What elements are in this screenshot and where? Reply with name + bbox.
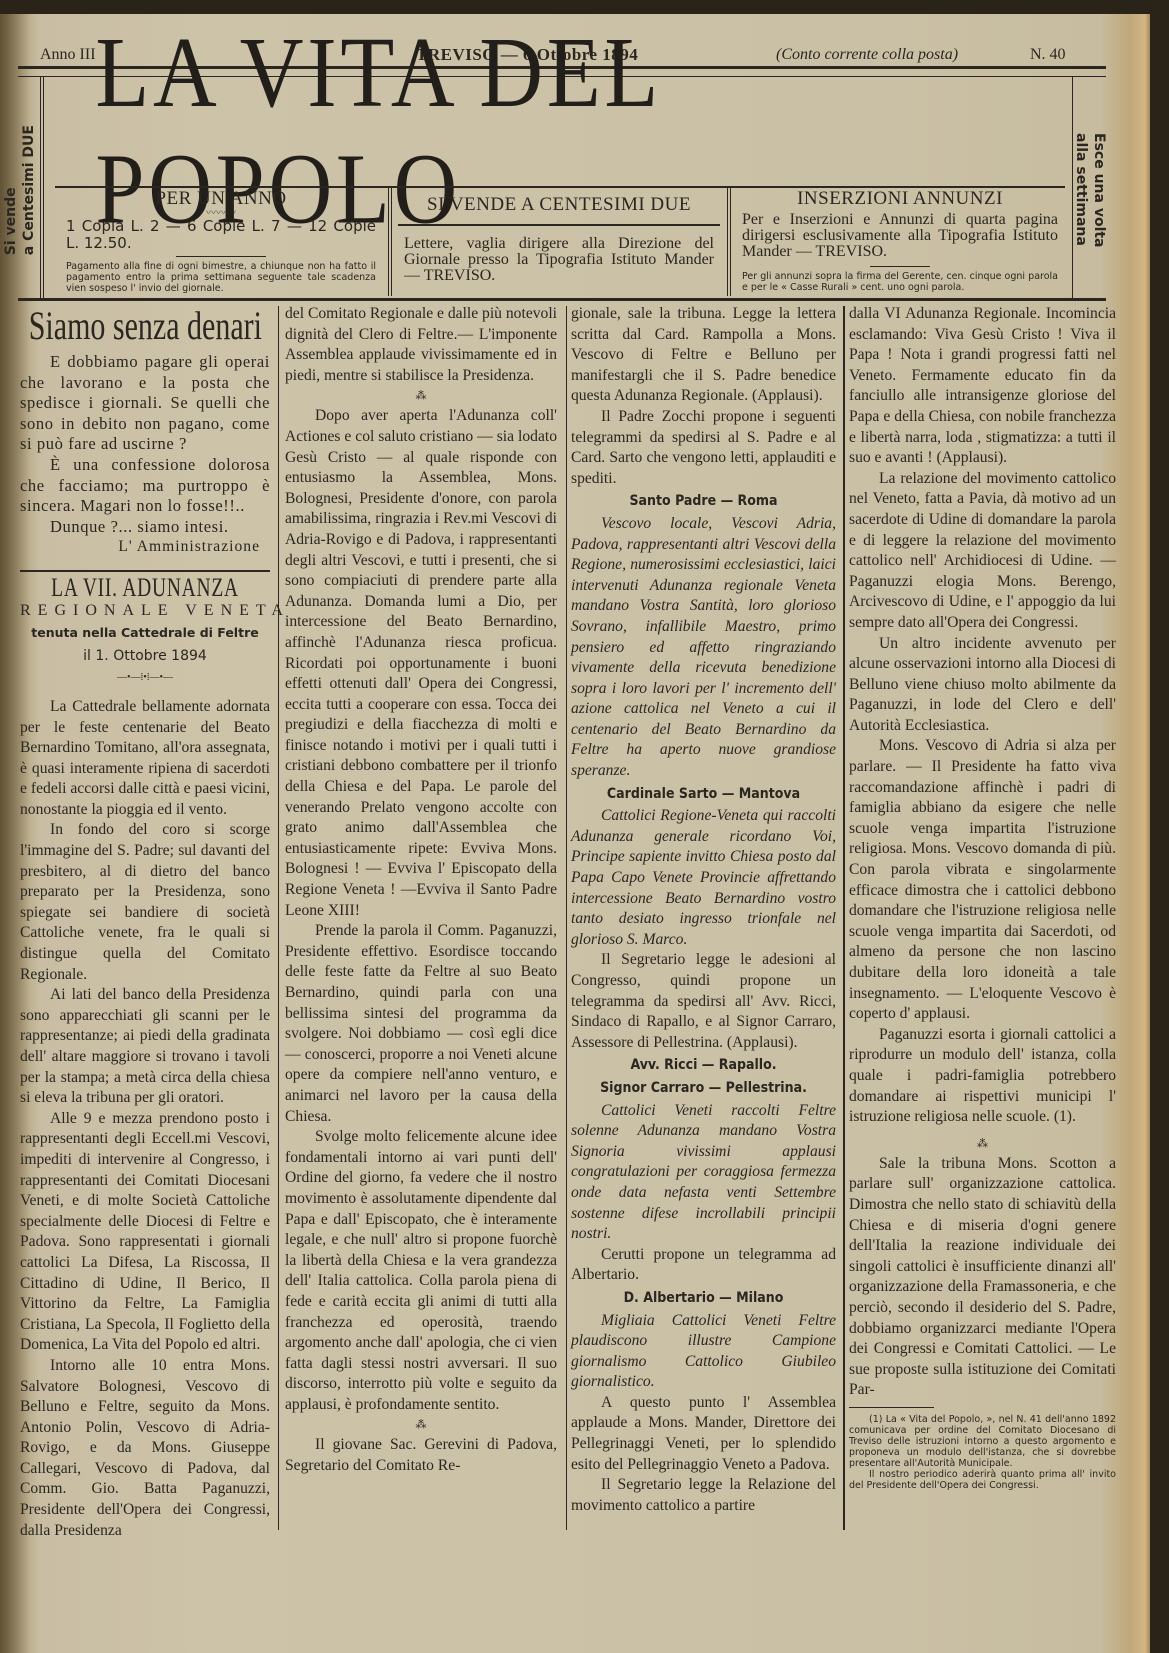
side-right-line1: Esce una volta [1091,133,1107,248]
ads-note: Per gli annunzi sopra la firma del Geren… [734,271,1066,293]
adunanza-location: tenuta nella Cattedrale di Feltre [20,623,270,644]
adunanza-paragraph: Svolge molto felicemente alcune idee fon… [285,1127,557,1415]
side-left-line2: a Centesimi DUE [21,125,37,255]
telegram-heading: Avv. Ricci — Rapallo. [571,1055,836,1076]
column-rule-2 [566,306,567,1530]
adunanza-paragraph: Prende la parola il Comm. Paganuzzi, Pre… [285,921,557,1127]
subscription-note: Pagamento alla fine di ogni bimestre, a … [58,261,384,294]
masthead: LA VITA DEL POPOLO [55,80,1065,180]
subscription-title: PER UN ANNO [58,188,384,210]
ads-title: INSERZIONI ANNUNZI [734,188,1066,210]
adunanza-paragraph: Ai lati del banco della Presidenza sono … [20,985,270,1109]
telegram-text: Migliaia Cattolici Veneti Feltre plaudis… [571,1311,836,1393]
adunanza-paragraph: In fondo del coro si scorge l'immagine d… [20,820,270,985]
ornament: —•—⁞•⁞—•— [20,668,270,689]
column-rule-1 [278,306,279,1530]
column-4: dalla VI Adunanza Regionale. Incomincia … [849,304,1116,1491]
adunanza-paragraph: La relazione del movimento cattolico nel… [849,469,1116,634]
ads-text: Per e Inserzioni e Annunzi di quarta pag… [734,210,1066,260]
box-divider-2 [727,188,728,296]
side-right-rule [1072,76,1073,298]
box-divider-1b [391,188,392,296]
adunanza-paragraph: dalla VI Adunanza Regionale. Incomincia … [849,304,1116,469]
column-1: Siamo senza denari E dobbiamo pagare gli… [20,304,270,1541]
side-left-rule2 [43,76,44,298]
section-mark: ⁂ [285,1419,557,1431]
telegram-heading: Santo Padre — Roma [571,491,836,512]
adunanza-paragraph: Il Segretario legge la Relazione del mov… [571,1475,836,1516]
adunanza-paragraph: Sale la tribuna Mons. Scotton a parlare … [849,1154,1116,1401]
money-signature: L' Amministrazione [20,537,270,558]
adunanza-paragraph: gionale, sale la tribuna. Legge la lette… [571,304,836,407]
adunanza-paragraph: Dopo aver aperta l'Adunanza coll' Action… [285,406,557,921]
footnote-2: Il nostro periodico aderirà quanto prima… [849,1469,1116,1491]
side-note-left: Si vendea Centesimi DUE [0,90,40,290]
ads-box: INSERZIONI ANNUNZI Per e Inserzioni e An… [734,188,1066,298]
money-paragraph: Dunque ?... siamo intesi. [20,517,270,538]
adunanza-paragraph: del Comitato Regionale e dalle più notev… [285,304,557,386]
adunanza-paragraph: Un altro incidente avvenuto per alcune o… [849,634,1116,737]
telegram-heading: D. Albertario — Milano [571,1288,836,1309]
boxes-bottom-rule [18,298,1106,301]
price-title: SI VENDE A CENTESIMI DUE [394,194,724,216]
adunanza-paragraph: A questo punto l' Assemblea applaude a M… [571,1393,836,1475]
telegram-heading: Signor Carraro — Pellestrina. [571,1078,836,1099]
side-left-line1: Si vende [3,187,19,255]
price-rule [398,224,720,226]
column-3: gionale, sale la tribuna. Legge la lette… [571,304,836,1516]
adunanza-title: LA VII. ADUNANZA [36,578,254,599]
box-divider-2b [730,188,731,296]
adunanza-paragraph: Paganuzzi esorta i giornali cattolici a … [849,1025,1116,1128]
subscription-prices: 1 Copia L. 2 — 6 Copie L. 7 — 12 Copie L… [58,218,384,252]
side-right-line2: alla settimana [1073,133,1089,246]
money-paragraph: È una confessione dolorosa che facciamo;… [20,455,270,517]
volume-label: Anno III [40,46,96,64]
money-paragraph: E dobbiamo pagare gli operai che lavoran… [20,352,270,455]
price-box: SI VENDE A CENTESIMI DUE Lettere, vaglia… [394,188,724,298]
telegram-heading: Cardinale Sarto — Mantova [571,784,836,805]
box-divider-1 [388,188,389,296]
adunanza-paragraph: Alle 9 e mezza prendono posto i rapprese… [20,1109,270,1356]
adunanza-paragraph: Il giovane Sac. Gerevini di Padova, Segr… [285,1435,557,1476]
telegram-text: Cattolici Regione-Veneta qui raccolti Ad… [571,806,836,950]
adunanza-paragraph: Il Padre Zocchi propone i seguenti teleg… [571,407,836,489]
subscription-box: PER UN ANNO 〰〰〰 1 Copia L. 2 — 6 Copie L… [58,188,384,298]
adunanza-subtitle: REGIONALE VENETA [20,601,270,622]
footnote: (1) La « Vita del Popolo, », nel N. 41 d… [849,1414,1116,1491]
adunanza-paragraph: Mons. Vescovo di Adria si alza per parla… [849,736,1116,1024]
footnote-rule [849,1407,934,1408]
adunanza-paragraph: Cerutti propone un telegramma ad Alberta… [571,1245,836,1286]
side-note-right: Esce una voltaalla settimana [1070,90,1110,290]
footnote-1: (1) La « Vita del Popolo, », nel N. 41 d… [849,1414,1116,1469]
issue-number: N. 40 [1030,46,1066,64]
section-mark: ⁂ [849,1138,1116,1150]
adunanza-paragraph: Il Segretario legge le adesioni al Congr… [571,950,836,1053]
column-2: del Comitato Regionale e dalle più notev… [285,304,557,1477]
section-mark: ⁂ [285,390,557,402]
side-left-rule [40,76,41,298]
short-rule [176,256,266,257]
telegram-text: Cattolici Veneti raccolti Feltre solenne… [571,1101,836,1245]
price-text: Lettere, vaglia dirigere alla Direzione … [394,236,724,284]
adunanza-paragraph: La Cattedrale bellamente adornata per le… [20,697,270,821]
column-rule-3 [843,306,845,1530]
article-money-title: Siamo senza denari [29,304,262,348]
adunanza-paragraph: Intorno alle 10 entra Mons. Salvatore Bo… [20,1356,270,1541]
ads-rule [870,266,930,267]
telegram-text: Vescovo locale, Vescovi Adria, Padova, r… [571,514,836,782]
adunanza-date: il 1. Ottobre 1894 [20,646,270,667]
article-divider [20,570,270,572]
